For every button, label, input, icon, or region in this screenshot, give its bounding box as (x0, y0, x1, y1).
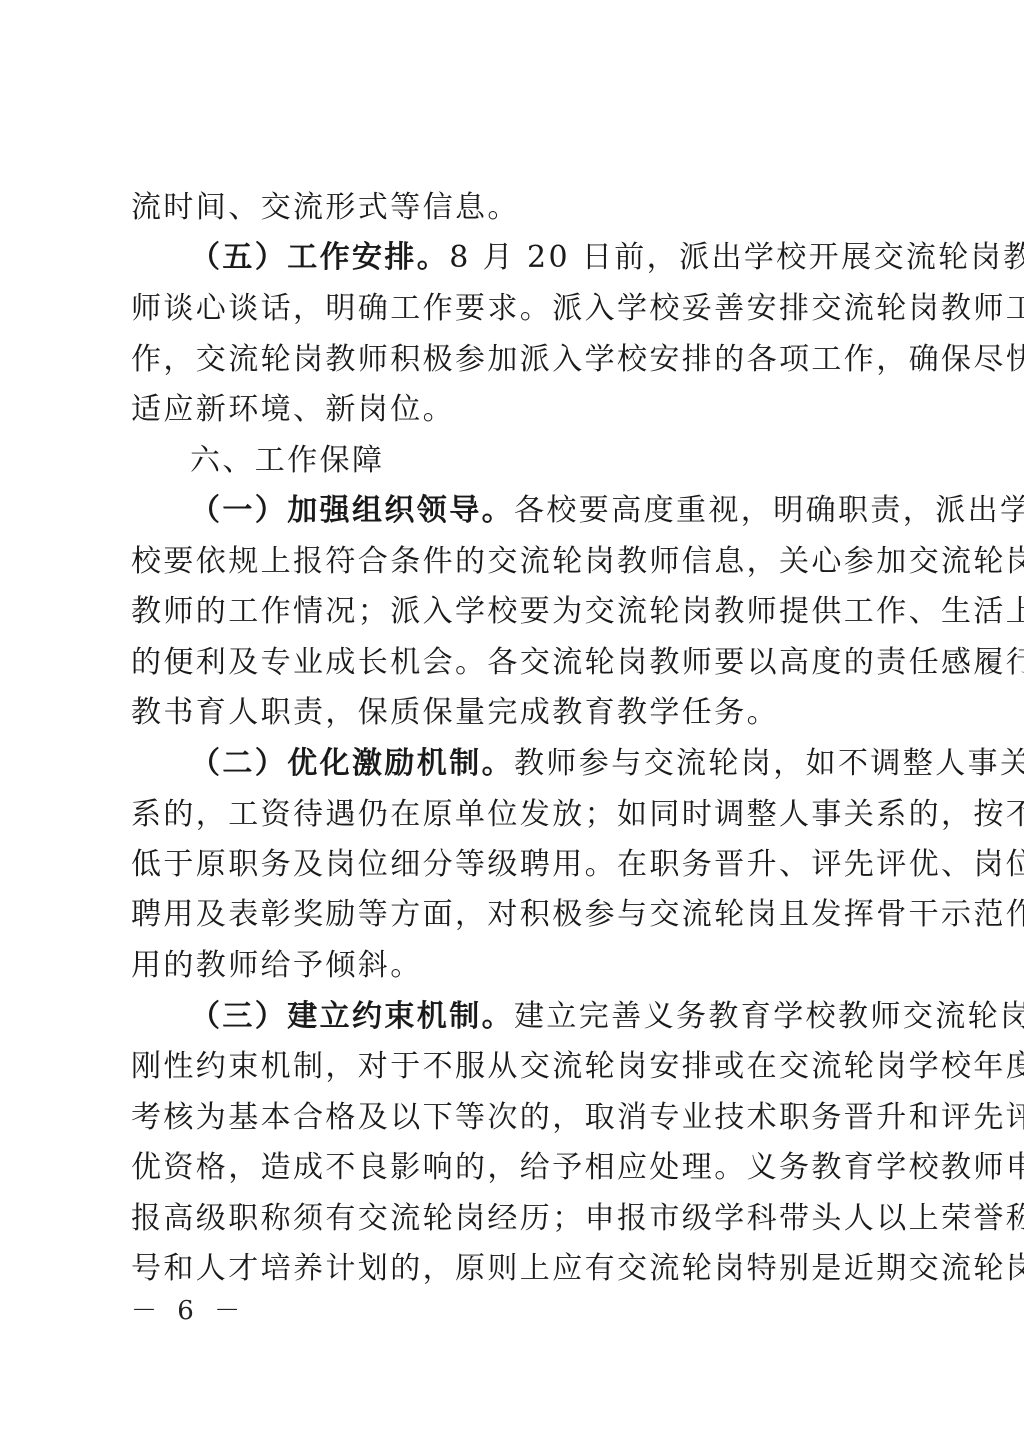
paragraph-line: 校要依规上报符合条件的交流轮岗教师信息，关心参加交流轮岗 (131, 544, 891, 580)
paragraph-line: 流时间、交流形式等信息。 (131, 190, 891, 226)
line-text: 用的教师给予倾斜。 (131, 948, 423, 983)
section-1-heading-line: （一）加强组织领导。各校要高度重视，明确职责，派出学 (190, 493, 890, 529)
paragraph-line: 刚性约束机制，对于不服从交流轮岗安排或在交流轮岗学校年度 (131, 1049, 891, 1085)
line-text: 低于原职务及岗位细分等级聘用。在职务晋升、评先评优、岗位 (131, 847, 1024, 882)
paragraph-line: 教师的工作情况；派入学校要为交流轮岗教师提供工作、生活上 (131, 594, 891, 630)
page-number: － 6 － (131, 1296, 246, 1326)
section-title: （五）工作安排。 (190, 240, 449, 275)
line-text: 教书育人职责，保质保量完成教育教学任务。 (131, 695, 779, 730)
line-text: 8 月 20 日前，派出学校开展交流轮岗教 (449, 240, 1024, 275)
paragraph-line: 号和人才培养计划的，原则上应有交流轮岗特别是近期交流轮岗 (131, 1251, 891, 1287)
paragraph-line: 教书育人职责，保质保量完成教育教学任务。 (131, 695, 891, 731)
document-page: 流时间、交流形式等信息。 （五）工作安排。8 月 20 日前，派出学校开展交流轮… (0, 0, 1024, 1448)
line-text: 号和人才培养计划的，原则上应有交流轮岗特别是近期交流轮岗 (131, 1251, 1024, 1286)
section-title: （三）建立约束机制。 (190, 999, 514, 1034)
line-text: 建立完善义务教育学校教师交流轮岗 (514, 999, 1024, 1034)
paragraph-line: 考核为基本合格及以下等次的，取消专业技术职务晋升和评先评 (131, 1100, 891, 1136)
line-text: 师谈心谈话，明确工作要求。派入学校妥善安排交流轮岗教师工 (131, 291, 1024, 326)
paragraph-line: 的便利及专业成长机会。各交流轮岗教师要以高度的责任感履行 (131, 645, 891, 681)
line-text: 刚性约束机制，对于不服从交流轮岗安排或在交流轮岗学校年度 (131, 1049, 1024, 1084)
paragraph-line: 用的教师给予倾斜。 (131, 948, 891, 984)
line-text: 的便利及专业成长机会。各交流轮岗教师要以高度的责任感履行 (131, 645, 1024, 680)
section-3-heading-line: （三）建立约束机制。建立完善义务教育学校教师交流轮岗 (190, 999, 890, 1035)
section-2-heading-line: （二）优化激励机制。教师参与交流轮岗，如不调整人事关 (190, 746, 890, 782)
line-text: 流时间、交流形式等信息。 (131, 190, 520, 225)
section-5-heading-line: （五）工作安排。8 月 20 日前，派出学校开展交流轮岗教 (190, 240, 890, 276)
paragraph-line: 低于原职务及岗位细分等级聘用。在职务晋升、评先评优、岗位 (131, 847, 891, 883)
heading-text: 六、工作保障 (190, 443, 384, 478)
line-text: 校要依规上报符合条件的交流轮岗教师信息，关心参加交流轮岗 (131, 544, 1024, 579)
section-title: （二）优化激励机制。 (190, 746, 514, 781)
line-text: 作，交流轮岗教师积极参加派入学校安排的各项工作，确保尽快 (131, 342, 1024, 377)
paragraph-line: 作，交流轮岗教师积极参加派入学校安排的各项工作，确保尽快 (131, 342, 891, 378)
paragraph-line: 师谈心谈话，明确工作要求。派入学校妥善安排交流轮岗教师工 (131, 291, 891, 327)
line-text: 优资格，造成不良影响的，给予相应处理。义务教育学校教师申 (131, 1150, 1024, 1185)
line-text: 适应新环境、新岗位。 (131, 392, 455, 427)
paragraph-line: 系的，工资待遇仍在原单位发放；如同时调整人事关系的，按不 (131, 797, 891, 833)
section-title: （一）加强组织领导。 (190, 493, 514, 528)
paragraph-line: 适应新环境、新岗位。 (131, 392, 891, 428)
paragraph-line: 优资格，造成不良影响的，给予相应处理。义务教育学校教师申 (131, 1150, 891, 1186)
line-text: 各校要高度重视，明确职责，派出学 (514, 493, 1024, 528)
line-text: 聘用及表彰奖励等方面，对积极参与交流轮岗且发挥骨干示范作 (131, 897, 1024, 932)
chapter-6-heading: 六、工作保障 (190, 443, 890, 479)
line-text: 报高级职称须有交流轮岗经历；申报市级学科带头人以上荣誉称 (131, 1201, 1024, 1236)
line-text: 系的，工资待遇仍在原单位发放；如同时调整人事关系的，按不 (131, 797, 1024, 832)
paragraph-line: 聘用及表彰奖励等方面，对积极参与交流轮岗且发挥骨干示范作 (131, 897, 891, 933)
line-text: 教师的工作情况；派入学校要为交流轮岗教师提供工作、生活上 (131, 594, 1024, 629)
paragraph-line: 报高级职称须有交流轮岗经历；申报市级学科带头人以上荣誉称 (131, 1201, 891, 1237)
line-text: 教师参与交流轮岗，如不调整人事关 (514, 746, 1024, 781)
line-text: 考核为基本合格及以下等次的，取消专业技术职务晋升和评先评 (131, 1100, 1024, 1135)
